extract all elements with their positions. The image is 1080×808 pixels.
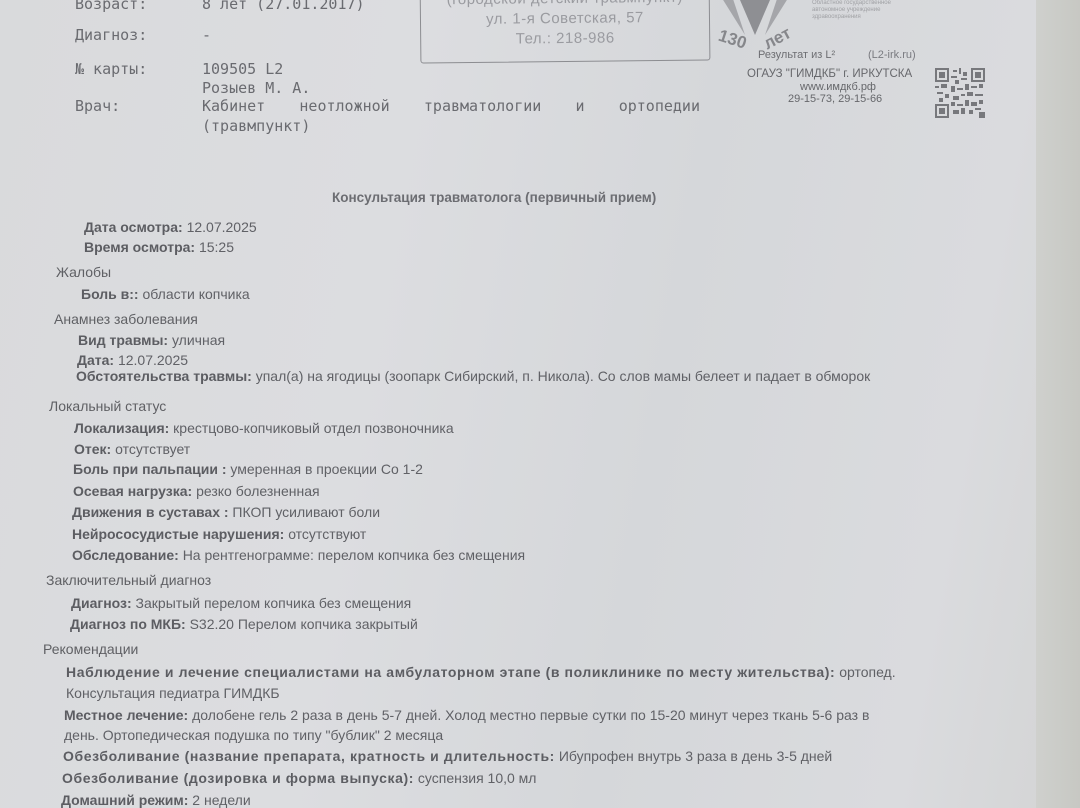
edema-row: Отек: отсутствует [74, 441, 190, 457]
row-value: отсутствуют [288, 526, 366, 542]
exam-time-row: Время осмотра: 15:25 [84, 239, 234, 255]
doctor-name: Розыев М. А. [202, 79, 310, 97]
row-value: долобене гель 2 раза в день 5-7 дней. Хо… [192, 707, 869, 723]
row-label: Обследование: [72, 547, 179, 563]
injury-circumstances-row: Обстоятельства травмы: упал(а) на ягодиц… [76, 368, 870, 384]
row-label: Диагноз: [71, 595, 132, 611]
row-label: Вид травмы: [78, 332, 168, 348]
row-value: крестцово-копчиковый отдел позвоночника [173, 420, 453, 436]
org-small-text: Областное государственное автономное учр… [812, 0, 891, 21]
org-name: ОГАУЗ "ГИМДКБ" г. ИРКУТСКА [747, 68, 912, 80]
row-value: ортопед. [839, 664, 895, 680]
card-label: № карты: [75, 60, 147, 78]
row-value: S32.20 Перелом копчика закрытый [190, 616, 418, 632]
row-label: Нейрососудистые нарушения: [72, 526, 284, 542]
diagnosis-label: Диагноз: [75, 26, 147, 44]
row-label: Движения в суставах : [72, 504, 229, 520]
row-label: Осевая нагрузка: [73, 483, 192, 499]
joint-movement-row: Движения в суставах : ПКОП усиливают бол… [72, 504, 380, 520]
org-small-line: здравоохранения [812, 14, 891, 21]
exam-date-label: Дата осмотра: [84, 219, 183, 235]
age-label: Возраст: [75, 0, 147, 13]
org-website[interactable]: www.имдкб.рф [800, 81, 876, 93]
row-value: резко болезненная [196, 483, 320, 499]
local-treatment-row-line2: день. Ортопедическая подушка по типу "бу… [64, 727, 443, 743]
anniversary-logo-icon: 130 лет [700, 0, 810, 50]
age-value: 8 лет (27.01.2017) [202, 0, 365, 13]
doctor-label: Врач: [75, 97, 120, 115]
injury-date-row: Дата: 12.07.2025 [77, 352, 188, 368]
row-value: 2 недели [192, 792, 250, 808]
analgesia-drug-row: Обезболивание (название препарата, кратн… [63, 748, 832, 764]
exam-date-value: 12.07.2025 [187, 219, 257, 235]
followup-row: Наблюдение и лечение специалистами на ам… [66, 664, 896, 680]
row-label: Дата: [77, 352, 114, 368]
doctor-department-line2: (травмпункт) [202, 117, 310, 135]
dept-word: травматологии [424, 97, 541, 115]
localization-row: Локализация: крестцово-копчиковый отдел … [74, 420, 454, 436]
row-label: Местное лечение: [64, 707, 188, 723]
org-small-line: автономное учреждение [812, 7, 891, 14]
section-complaints-heading: Жалобы [56, 264, 111, 280]
row-label: Боль при пальпации : [73, 461, 227, 477]
stamp-line: Тел.: 218-986 [421, 27, 709, 50]
icd-diagnosis-row: Диагноз по МКБ: S32.20 Перелом копчика з… [70, 616, 418, 632]
result-source-url[interactable]: (L2-irk.ru) [868, 49, 916, 61]
org-small-line: Областное государственное [812, 0, 891, 7]
card-value: 109505 L2 [202, 60, 283, 78]
row-label: Наблюдение и лечение специалистами на ам… [66, 664, 835, 680]
row-value: уличная [172, 332, 225, 348]
document-title: Консультация травматолога (первичный при… [332, 190, 656, 205]
row-label: Обезболивание (название препарата, кратн… [63, 748, 555, 764]
qr-code-icon [935, 68, 985, 118]
diagnosis-value: - [202, 26, 211, 44]
axial-load-row: Осевая нагрузка: резко болезненная [73, 483, 320, 499]
row-value: отсутствует [115, 441, 190, 457]
result-source-label: Результат из L² [758, 49, 835, 61]
row-label: Боль в:: [81, 286, 139, 302]
followup-row-line2: Консультация педиатра ГИМДКБ [66, 685, 280, 701]
row-value: 12.07.2025 [118, 352, 188, 368]
row-label: Обстоятельства травмы: [76, 368, 252, 384]
row-label: Локализация: [74, 420, 169, 436]
org-phones: 29-15-73, 29-15-66 [788, 93, 882, 105]
neurovascular-row: Нейрососудистые нарушения: отсутствуют [72, 526, 366, 542]
exam-time-value: 15:25 [199, 239, 234, 255]
paper-edge-shadow [1036, 0, 1080, 808]
row-value: упал(а) на ягодицы (зоопарк Сибирский, п… [256, 368, 871, 384]
examination-row: Обследование: На рентгенограмме: перелом… [72, 547, 525, 563]
row-label: Домашний режим: [61, 792, 188, 808]
section-final-diagnosis-heading: Заключительный диагноз [46, 572, 211, 588]
dept-word: неотложной [299, 97, 389, 115]
row-label: Отек: [74, 441, 111, 457]
svg-text:лет: лет [760, 23, 794, 50]
row-label: Обезболивание (дозировка и форма выпуска… [62, 770, 414, 786]
section-anamnesis-heading: Анамнез заболевания [54, 311, 198, 327]
svg-text:130: 130 [716, 26, 749, 50]
dept-word: и [576, 97, 585, 115]
injury-type-row: Вид травмы: уличная [78, 332, 225, 348]
row-value: Закрытый перелом копчика без смещения [136, 595, 412, 611]
final-diagnosis-row: Диагноз: Закрытый перелом копчика без см… [71, 595, 411, 611]
row-value: умеренная в проекции Co 1-2 [230, 461, 423, 477]
exam-time-label: Время осмотра: [84, 239, 195, 255]
palpation-row: Боль при пальпации : умеренная в проекци… [73, 461, 423, 477]
section-local-status-heading: Локальный статус [49, 398, 166, 414]
clinic-stamp: (городской детский травмпункт) ул. 1-я С… [420, 0, 711, 64]
analgesia-dosage-row: Обезболивание (дозировка и форма выпуска… [62, 770, 536, 786]
row-value: области копчика [142, 286, 249, 302]
row-value: На рентгенограмме: перелом копчика без с… [183, 547, 525, 563]
home-mode-row: Домашний режим: 2 недели [61, 792, 251, 808]
exam-date-row: Дата осмотра: 12.07.2025 [84, 219, 257, 235]
doctor-department: Кабинет неотложной травматологии и ортоп… [202, 97, 700, 115]
dept-word: ортопедии [619, 97, 700, 115]
row-value: ПКОП усиливают боли [232, 504, 380, 520]
row-label: Диагноз по МКБ: [70, 616, 186, 632]
row-value: суспензия 10,0 мл [418, 770, 537, 786]
complaints-pain-row: Боль в:: области копчика [81, 286, 250, 302]
dept-word: Кабинет [202, 97, 265, 115]
section-recommendations-heading: Рекомендации [43, 641, 138, 657]
row-value: Ибупрофен внутрь 3 раза в день 3-5 дней [559, 748, 832, 764]
local-treatment-row: Местное лечение: долобене гель 2 раза в … [64, 707, 869, 723]
